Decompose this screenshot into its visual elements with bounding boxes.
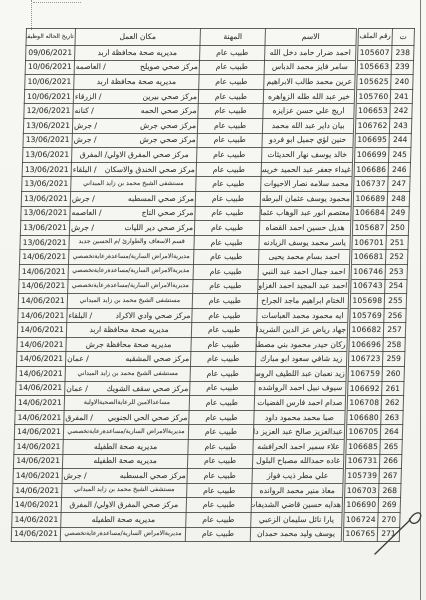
person-name-cell: غيداء جعفر عبد الحميد خريسات bbox=[261, 162, 353, 177]
workplace-text: مديريه صحة محافظة اربد bbox=[97, 78, 177, 86]
profession-cell: طبيب عام bbox=[187, 483, 252, 498]
workplace-cell: قسم الاسعاف والطوارئ /م الحسين جديد bbox=[69, 235, 194, 250]
file-number-cell: 106705 bbox=[345, 425, 380, 440]
row-index-cell: 267 bbox=[379, 469, 401, 484]
header-profession: المهنة bbox=[200, 29, 266, 46]
district-text: / جرش bbox=[64, 472, 87, 480]
table-row: 241 105760 خير عبد الله طله الزواهره طبي… bbox=[24, 89, 412, 104]
profession-cell: طبيب عام bbox=[198, 89, 263, 104]
status-date-cell: 10/06/2021 bbox=[24, 89, 73, 104]
workplace-cell: مديريه صحة محافظة اربد bbox=[66, 323, 191, 338]
workplace-cell: مديريه صحة محافظة اربد bbox=[74, 75, 199, 90]
workplace-text: مركز صحي جرش bbox=[140, 122, 196, 130]
workplace-text: مديريةالامراض السارية/مساعدةرعايةتخصصي bbox=[64, 531, 181, 538]
profession-cell: طبيب عام bbox=[187, 454, 252, 469]
workplace-text: مركز صحي الحمه bbox=[141, 107, 197, 115]
table-row: 244 106695 حنين لؤي جميل ابو فردو طبيب ع… bbox=[23, 133, 411, 148]
workplace-cell: مركز صحي جرش/ جرش bbox=[72, 133, 197, 148]
table-row: 238 105607 احمد ضرار حامد دخل الله طبيب … bbox=[26, 46, 414, 61]
row-index-cell: 262 bbox=[381, 396, 403, 411]
person-name-cell: جهاد رياض عز الدين الشريدان bbox=[256, 323, 348, 338]
person-name-cell: علي مطر ذيب فواز bbox=[252, 469, 344, 484]
table-row: 269 106690 هدايه حسين قاضي الشديفات طبيب… bbox=[12, 498, 400, 513]
scan-artifact-dotted-horizontal bbox=[33, 2, 81, 3]
person-name-cell: سيوف نبيل احمد الرواشده bbox=[255, 381, 347, 396]
status-date-cell: 13/06/2021 bbox=[22, 162, 71, 177]
file-number-cell: 106696 bbox=[348, 337, 383, 352]
workplace-text: مركز صحي المشقبه bbox=[125, 355, 189, 363]
row-index-cell: 254 bbox=[385, 279, 407, 294]
workplace-text: مركز صحي المفرق الاولي/ المفرق bbox=[80, 151, 189, 159]
person-name-cell: عرين محمد طالب الابراهيم bbox=[264, 75, 356, 90]
row-index-cell: 242 bbox=[390, 104, 412, 119]
profession-cell: طبيب عام bbox=[197, 148, 262, 163]
workplace-cell: مركز صحي وادي الاكراد/ البلقاء bbox=[67, 308, 192, 323]
profession-cell: طبيب عام bbox=[199, 75, 264, 90]
table-row: 243 106762 بيان داير عبد الله محمد طبيب … bbox=[23, 118, 411, 133]
header-file-number: رقم الملف bbox=[357, 29, 393, 46]
status-date-cell: 13/06/2021 bbox=[23, 148, 72, 163]
person-name-cell: خير عبد الله طله الزواهره bbox=[263, 89, 355, 104]
file-number-cell: 106686 bbox=[353, 162, 388, 177]
status-date-cell: 13/06/2021 bbox=[23, 133, 72, 148]
workplace-cell: مساعدالامين للرعايةالصحيةالاولية bbox=[64, 396, 189, 411]
status-date-cell: 10/06/2021 bbox=[25, 60, 74, 75]
status-date-cell: 14/06/2021 bbox=[17, 337, 66, 352]
profession-cell: طبيب عام bbox=[199, 60, 264, 75]
file-number-cell: 105663 bbox=[356, 60, 391, 75]
file-number-cell: 105687 bbox=[351, 221, 386, 236]
workplace-cell: مديريه صحة الطفيله bbox=[62, 454, 187, 469]
person-name-cell: زيد نعمان عبد اللطيف الروسان bbox=[255, 367, 347, 382]
profession-cell: طبيب عام bbox=[194, 221, 259, 236]
table-row: 240 105625 عرين محمد طالب الابراهيم طبيب… bbox=[25, 75, 413, 90]
status-date-cell: 13/06/2021 bbox=[20, 221, 69, 236]
workplace-text: مديريةالامراض السارية/مساعدةرعايةتخصصي bbox=[72, 268, 189, 275]
status-date-cell: 14/06/2021 bbox=[13, 483, 62, 498]
header-index: ت bbox=[392, 29, 415, 46]
row-index-cell: 260 bbox=[382, 367, 404, 382]
staff-table-sheet: ت رقم الملف الاسم المهنة مكان العمل تاري… bbox=[11, 28, 414, 542]
status-date-cell: 14/06/2021 bbox=[13, 454, 62, 469]
row-index-cell: 239 bbox=[391, 60, 413, 75]
status-date-cell: 14/06/2021 bbox=[14, 440, 63, 455]
status-date-cell: 09/06/2021 bbox=[26, 46, 75, 61]
file-number-cell: 106682 bbox=[348, 323, 383, 338]
district-text: / جرش bbox=[71, 224, 94, 232]
table-row: 262 106708 صدام احمد فارس الفضيات طبيب ع… bbox=[15, 396, 403, 411]
person-name-cell: اريج علي حسن عزايزه bbox=[263, 104, 355, 119]
workplace-cell: مديريه صحة محافظة جرش bbox=[66, 337, 191, 352]
person-name-cell: محمود يوسف عثمان البرطه bbox=[260, 191, 352, 206]
workplace-cell: مديريةالامراض السارية/مساعدةرعايةتخصصي bbox=[60, 527, 185, 542]
person-name-cell: حنين لؤي جميل ابو فردو bbox=[262, 133, 354, 148]
table-row: 267 105739 علي مطر ذيب فواز طبيب عام مرك… bbox=[13, 469, 401, 484]
status-date-cell: 14/06/2021 bbox=[18, 308, 67, 323]
file-number-cell: 105625 bbox=[356, 75, 391, 90]
district-text: / البلقاء bbox=[68, 312, 92, 320]
workplace-text: مستشفى الشيخ محمد بن زايد الميداني bbox=[77, 371, 178, 378]
person-name-cell: هديل حسين احمد القضاه bbox=[259, 221, 351, 236]
status-date-cell: 12/06/2021 bbox=[24, 104, 73, 119]
person-name-cell: عبدالعزيز صالح عبد العزيز داود bbox=[253, 425, 345, 440]
person-name-cell: معتصم انور عبد الوهاب عثمان bbox=[260, 206, 352, 221]
status-date-cell: 14/06/2021 bbox=[16, 352, 65, 367]
person-name-cell: ايه محمود محمد العباسات bbox=[257, 308, 349, 323]
workplace-cell: مديريةالامراض السارية/مساعدةرعايةتخصصي bbox=[68, 250, 193, 265]
person-name-cell: الختام ابراهيم ماجد الجراح bbox=[257, 294, 349, 309]
file-number-cell: 106746 bbox=[350, 264, 385, 279]
row-index-cell: 257 bbox=[383, 323, 405, 338]
table-row: 251 106701 ياسر محمد يوسف الزيادنه طبيب … bbox=[20, 235, 408, 250]
workplace-cell: مديريه صحة الطفيله bbox=[61, 513, 186, 528]
workplace-cell: مركز صحي المشقبه/ عمان bbox=[65, 352, 190, 367]
district-text: / جرش bbox=[74, 136, 97, 144]
file-number-cell: 106681 bbox=[350, 250, 385, 265]
workplace-text: مديريه صحة الطفيله bbox=[93, 457, 157, 465]
workplace-text: مديريةالامراض السارية/مساعدةرعايةتخصصي bbox=[73, 254, 190, 261]
file-number-cell: 105769 bbox=[349, 308, 384, 323]
person-name-cell: احمد عبد المجيد احمد الغزاوي bbox=[258, 279, 350, 294]
profession-cell: طبيب عام bbox=[196, 162, 261, 177]
workplace-cell: مديريةالامراض السارية/مساعدةرعايةتخصصي bbox=[68, 264, 193, 279]
workplace-text: مركز صحي دير الليات bbox=[124, 224, 193, 232]
table-row: 239 105663 سامر فايز محمد الدباس طبيب عا… bbox=[25, 60, 413, 75]
district-text: / عمان bbox=[67, 355, 89, 363]
workplace-text: مركز صحي سقف الشويك bbox=[107, 385, 189, 393]
profession-cell: طبيب عام bbox=[194, 235, 259, 250]
person-name-cell: زيد شافي سعود ابو مبارك bbox=[255, 352, 347, 367]
row-index-cell: 243 bbox=[389, 118, 411, 133]
workplace-cell: مركز صحي بيرين/ الزرقاء bbox=[73, 89, 198, 104]
profession-cell: طبيب عام bbox=[190, 367, 255, 382]
profession-cell: طبيب عام bbox=[191, 323, 256, 338]
signature-mark bbox=[372, 505, 424, 557]
profession-cell: طبيب عام bbox=[192, 308, 257, 323]
profession-cell: طبيب عام bbox=[186, 498, 251, 513]
row-index-cell: 250 bbox=[386, 221, 408, 236]
person-name-cell: علاء سمير احمد الحرافشه bbox=[253, 440, 345, 455]
table-row: 245 106699 خالد يوسف نهار الحديثات طبيب … bbox=[23, 148, 411, 163]
workplace-text: مديريه صحة محافظة جرش bbox=[86, 341, 172, 349]
status-date-cell: 14/06/2021 bbox=[17, 323, 66, 338]
status-date-cell: 14/06/2021 bbox=[11, 527, 60, 542]
workplace-text: مركز صحي المسطبه bbox=[128, 195, 194, 203]
workplace-text: مركز صحي جرش bbox=[140, 136, 196, 144]
row-index-cell: 253 bbox=[385, 264, 407, 279]
workplace-text: مستشفى الشيخ محمد بن زايد الميداني bbox=[83, 181, 184, 188]
file-number-cell: 106703 bbox=[344, 483, 379, 498]
row-index-cell: 268 bbox=[379, 483, 401, 498]
file-number-cell: 106680 bbox=[346, 410, 381, 425]
table-row: 257 106682 جهاد رياض عز الدين الشريدان ط… bbox=[17, 323, 405, 338]
table-header-row: ت رقم الملف الاسم المهنة مكان العمل تاري… bbox=[26, 29, 415, 46]
profession-cell: طبيب عام bbox=[193, 279, 258, 294]
profession-cell: طبيب عام bbox=[195, 191, 260, 206]
workplace-text: مركز صحي الحي الجنوبي bbox=[108, 414, 188, 422]
table-row: 252 106681 احمد بسام محمد يحيى طبيب عام … bbox=[19, 250, 407, 265]
status-date-cell: 14/06/2021 bbox=[15, 396, 64, 411]
header-status-date: تاريخ الحاله الوظيفيه bbox=[26, 29, 76, 46]
workplace-text: مديريه صحة الطفيله bbox=[94, 443, 158, 451]
status-date-cell: 10/06/2021 bbox=[25, 75, 74, 90]
profession-cell: طبيب عام bbox=[190, 352, 255, 367]
profession-cell: طبيب عام bbox=[186, 513, 251, 528]
status-date-cell: 13/06/2021 bbox=[22, 177, 71, 192]
profession-cell: طبيب عام bbox=[189, 396, 254, 411]
staff-table: ت رقم الملف الاسم المهنة مكان العمل تاري… bbox=[11, 28, 415, 542]
table-row: 266 106731 غاده حمدالله مصباح البلول طبي… bbox=[13, 454, 401, 469]
person-name-cell: هدايه حسين قاضي الشديفات bbox=[251, 498, 343, 513]
district-text: / البلقاء bbox=[73, 166, 97, 174]
workplace-cell: مستشفى الشيخ محمد بن زايد الميداني bbox=[62, 483, 187, 498]
person-name-cell: ركان حيدر محمود بني مصطفى bbox=[256, 337, 348, 352]
file-number-cell: 106684 bbox=[352, 206, 387, 221]
file-number-cell: 106759 bbox=[347, 367, 382, 382]
workplace-cell: مديريةالامراض السارية/مساعدةرعايةتخصصي bbox=[68, 279, 193, 294]
row-index-cell: 264 bbox=[380, 425, 402, 440]
workplace-text: مستشفى الشيخ محمد بن زايد الميداني bbox=[80, 298, 181, 305]
profession-cell: طبيب عام bbox=[198, 104, 263, 119]
profession-cell: طبيب عام bbox=[200, 46, 265, 61]
person-name-cell: صدام احمد فارس الفضيات bbox=[254, 396, 346, 411]
table-row: 249 106684 معتصم انور عبد الوهاب عثمان ط… bbox=[21, 206, 409, 221]
row-index-cell: 244 bbox=[389, 133, 411, 148]
person-name-cell: غاده حمدالله مصباح البلول bbox=[252, 454, 344, 469]
row-index-cell: 245 bbox=[389, 148, 411, 163]
table-row: 271 106765 يوسف وليد محمد حمدان طبيب عام… bbox=[11, 527, 399, 542]
profession-cell: طبيب عام bbox=[188, 440, 253, 455]
file-number-cell: 106708 bbox=[346, 396, 381, 411]
status-date-cell: 14/06/2021 bbox=[19, 264, 68, 279]
table-row: 255 105698 الختام ابراهيم ماجد الجراح طب… bbox=[18, 294, 406, 309]
status-date-cell: 14/06/2021 bbox=[15, 410, 64, 425]
row-index-cell: 251 bbox=[386, 235, 408, 250]
status-date-cell: 14/06/2021 bbox=[16, 381, 65, 396]
status-date-cell: 14/06/2021 bbox=[19, 250, 68, 265]
profession-cell: طبيب عام bbox=[189, 410, 254, 425]
table-row: 265 106685 علاء سمير احمد الحرافشه طبيب … bbox=[14, 440, 402, 455]
row-index-cell: 265 bbox=[380, 440, 402, 455]
profession-cell: طبيب عام bbox=[185, 527, 250, 542]
workplace-text: مديريه صحة محافظة اربد bbox=[89, 326, 169, 334]
table-row: 246 106686 غيداء جعفر عبد الحميد خريسات … bbox=[22, 162, 410, 177]
person-name-cell: يوسف وليد محمد حمدان bbox=[250, 527, 342, 542]
status-date-cell: 13/06/2021 bbox=[20, 235, 69, 250]
file-number-cell: 106723 bbox=[347, 352, 382, 367]
file-number-cell: 105698 bbox=[349, 294, 384, 309]
workplace-cell: مركز صحي جرش/ جرش bbox=[72, 118, 197, 133]
table-row: 263 106680 صبا محمد محمود داود طبيب عام … bbox=[15, 410, 403, 425]
district-text: / جرش bbox=[72, 195, 95, 203]
district-text: / العاصمه bbox=[71, 209, 101, 217]
file-number-cell: 106692 bbox=[347, 381, 382, 396]
workplace-cell: مركز صحي الخندق والاسكان/ البلقاء bbox=[71, 162, 196, 177]
row-index-cell: 255 bbox=[384, 294, 406, 309]
file-number-cell: 106689 bbox=[352, 191, 387, 206]
workplace-cell: مديريةالامراض السارية/مساعدةرعايةتخصصي bbox=[63, 425, 188, 440]
row-index-cell: 256 bbox=[384, 308, 406, 323]
workplace-cell: مستشفى الشيخ محمد بن زايد الميداني bbox=[67, 294, 192, 309]
workplace-text: مركز صحي وادي الاكراد bbox=[115, 312, 190, 320]
file-number-cell: 106695 bbox=[354, 133, 389, 148]
row-index-cell: 249 bbox=[387, 206, 409, 221]
workplace-text: قسم الاسعاف والطوارئ /م الحسين جديد bbox=[78, 239, 184, 246]
workplace-text: مديريةالامراض السارية/مساعدةرعايةتخصصي bbox=[67, 429, 184, 436]
workplace-cell: مركز صحي سقف الشويك/ عمان bbox=[65, 381, 190, 396]
person-name-cell: سامر فايز محمد الدباس bbox=[264, 60, 356, 75]
file-number-cell: 105607 bbox=[357, 46, 392, 61]
table-row: 261 106692 سيوف نبيل احمد الرواشده طبيب … bbox=[16, 381, 404, 396]
status-date-cell: 14/06/2021 bbox=[12, 513, 61, 528]
file-number-cell: 106731 bbox=[344, 454, 379, 469]
profession-cell: طبيب عام bbox=[192, 294, 257, 309]
table-row: 248 106689 محمود يوسف عثمان البرطه طبيب … bbox=[21, 191, 409, 206]
workplace-text: مساعدالامين للرعايةالصحيةالاولية bbox=[84, 400, 170, 407]
status-date-cell: 13/06/2021 bbox=[21, 191, 70, 206]
workplace-cell: مستشفى الشيخ محمد بن زايد الميداني bbox=[71, 177, 196, 192]
profession-cell: طبيب عام bbox=[188, 425, 253, 440]
status-date-cell: 14/06/2021 bbox=[12, 498, 61, 513]
header-workplace: مكان العمل bbox=[75, 29, 201, 46]
table-row: 254 106743 احمد عبد المجيد احمد الغزاوي … bbox=[19, 279, 407, 294]
table-row: 260 106759 زيد نعمان عبد اللطيف الروسان … bbox=[16, 367, 404, 382]
person-name-cell: صبا محمد محمود داود bbox=[254, 410, 346, 425]
status-date-cell: 13/06/2021 bbox=[21, 206, 70, 221]
file-number-cell: 105760 bbox=[355, 89, 390, 104]
profession-cell: طبيب عام bbox=[190, 381, 255, 396]
file-number-cell: 106737 bbox=[353, 177, 388, 192]
workplace-text: مديريةالامراض السارية/مساعدةرعايةتخصصي bbox=[72, 283, 189, 290]
profession-cell: طبيب عام bbox=[197, 118, 262, 133]
workplace-text: مركز صحي الخندق والاسكان bbox=[105, 166, 195, 174]
person-name-cell: بيان داير عبد الله محمد bbox=[262, 118, 354, 133]
workplace-cell: مركز صحي المفرق الاولي/ المفرق bbox=[61, 498, 186, 513]
workplace-text: مديريه صحة الطفيله bbox=[92, 516, 156, 524]
scanned-document-page: ت رقم الملف الاسم المهنة مكان العمل تاري… bbox=[0, 0, 426, 600]
row-index-cell: 238 bbox=[392, 46, 414, 61]
table-row: 256 105769 ايه محمود محمد العباسات طبيب … bbox=[18, 308, 406, 323]
table-row: 264 106705 عبدالعزيز صالح عبد العزيز داو… bbox=[14, 425, 402, 440]
person-name-cell: محمد سلامه نصار الاحيوات bbox=[261, 177, 353, 192]
person-name-cell: يارا نائل سليمان الزعبي bbox=[251, 513, 343, 528]
file-number-cell: 106762 bbox=[354, 118, 389, 133]
profession-cell: طبيب عام bbox=[196, 177, 261, 192]
workplace-cell: مركز صحي المسطبه/ جرش bbox=[62, 469, 187, 484]
file-number-cell: 106653 bbox=[355, 104, 390, 119]
status-date-cell: 14/06/2021 bbox=[13, 469, 62, 484]
row-index-cell: 261 bbox=[382, 381, 404, 396]
workplace-text: مركز صحي المفرق الاولي/ المفرق bbox=[69, 501, 178, 509]
workplace-text: مركز صحي صويلح bbox=[140, 63, 198, 71]
header-name: الاسم bbox=[265, 29, 358, 46]
scan-artifact-dotted-vertical bbox=[31, 0, 32, 30]
table-row: 247 106737 محمد سلامه نصار الاحيوات طبيب… bbox=[22, 177, 410, 192]
workplace-cell: مركز صحي المفرق الاولي/ المفرق bbox=[72, 148, 197, 163]
person-name-cell: معاذ منير محمد الروانده bbox=[252, 483, 344, 498]
row-index-cell: 248 bbox=[387, 191, 409, 206]
district-text: / كنانه bbox=[74, 107, 93, 115]
workplace-cell: مركز صحي الحمه/ كنانه bbox=[73, 104, 198, 119]
workplace-text: مديريه صحة محافظة اربد bbox=[97, 49, 177, 57]
row-index-cell: 259 bbox=[382, 352, 404, 367]
workplace-cell: مديريه صحة الطفيله bbox=[63, 440, 188, 455]
row-index-cell: 258 bbox=[383, 337, 405, 352]
profession-cell: طبيب عام bbox=[193, 264, 258, 279]
profession-cell: طبيب عام bbox=[195, 206, 260, 221]
person-name-cell: احمد ضرار حامد دخل الله bbox=[265, 46, 357, 61]
file-number-cell: 105739 bbox=[344, 469, 379, 484]
workplace-cell: مركز صحي المسطبه/ جرش bbox=[70, 191, 195, 206]
workplace-text: مركز صحي التاج bbox=[142, 209, 194, 217]
file-number-cell: 106743 bbox=[350, 279, 385, 294]
file-number-cell: 106699 bbox=[354, 148, 389, 163]
profession-cell: طبيب عام bbox=[187, 469, 252, 484]
district-text: / المفرق bbox=[65, 414, 93, 422]
district-text: / عمان bbox=[66, 385, 88, 393]
workplace-text: مستشفى الشيخ محمد بن زايد الميداني bbox=[74, 487, 175, 494]
person-name-cell: احمد جمال احمد عبد النبي bbox=[258, 264, 350, 279]
profession-cell: طبيب عام bbox=[191, 337, 256, 352]
workplace-cell: مركز صحي صويلح/ العاصمه bbox=[74, 60, 199, 75]
district-text: / العاصمه bbox=[76, 63, 106, 71]
district-text: / الزرقاء bbox=[75, 93, 102, 101]
status-date-cell: 14/06/2021 bbox=[19, 279, 68, 294]
status-date-cell: 14/06/2021 bbox=[18, 294, 67, 309]
profession-cell: طبيب عام bbox=[193, 250, 258, 265]
workplace-text: مركز صحي المسطبه bbox=[120, 472, 186, 480]
profession-cell: طبيب عام bbox=[197, 133, 262, 148]
table-row: 268 106703 معاذ منير محمد الروانده طبيب … bbox=[13, 483, 401, 498]
row-index-cell: 252 bbox=[385, 250, 407, 265]
workplace-text: مركز صحي بيرين bbox=[142, 93, 197, 101]
person-name-cell: ياسر محمد يوسف الزيادنه bbox=[259, 235, 351, 250]
workplace-cell: مركز صحي الحي الجنوبي/ المفرق bbox=[64, 410, 189, 425]
table-row: 250 105687 هديل حسين احمد القضاه طبيب عا… bbox=[20, 221, 408, 236]
row-index-cell: 240 bbox=[391, 75, 413, 90]
table-row: 259 106723 زيد شافي سعود ابو مبارك طبيب … bbox=[16, 352, 404, 367]
person-name-cell: احمد بسام محمد يحيى bbox=[258, 250, 350, 265]
table-row: 258 106696 ركان حيدر محمود بني مصطفى طبي… bbox=[17, 337, 405, 352]
file-number-cell: 106701 bbox=[351, 235, 386, 250]
table-row: 242 106653 اريج علي حسن عزايزه طبيب عام … bbox=[24, 104, 412, 119]
status-date-cell: 14/06/2021 bbox=[16, 367, 65, 382]
workplace-cell: مستشفى الشيخ محمد بن زايد الميداني bbox=[65, 367, 190, 382]
table-row: 253 106746 احمد جمال احمد عبد النبي طبيب… bbox=[19, 264, 407, 279]
row-index-cell: 266 bbox=[379, 454, 401, 469]
status-date-cell: 14/06/2021 bbox=[14, 425, 63, 440]
row-index-cell: 247 bbox=[388, 177, 410, 192]
person-name-cell: خالد يوسف نهار الحديثات bbox=[262, 148, 354, 163]
row-index-cell: 246 bbox=[388, 162, 410, 177]
workplace-cell: مركز صحي دير الليات/ جرش bbox=[69, 221, 194, 236]
row-index-cell: 241 bbox=[390, 89, 412, 104]
district-text: / جرش bbox=[74, 122, 97, 130]
row-index-cell: 263 bbox=[381, 410, 403, 425]
workplace-cell: مديريه صحة محافظة اربد bbox=[75, 46, 200, 61]
table-row: 270 106724 يارا نائل سليمان الزعبي طبيب … bbox=[12, 513, 400, 528]
status-date-cell: 13/06/2021 bbox=[23, 118, 72, 133]
file-number-cell: 106685 bbox=[345, 440, 380, 455]
workplace-cell: مركز صحي التاج/ العاصمه bbox=[70, 206, 195, 221]
